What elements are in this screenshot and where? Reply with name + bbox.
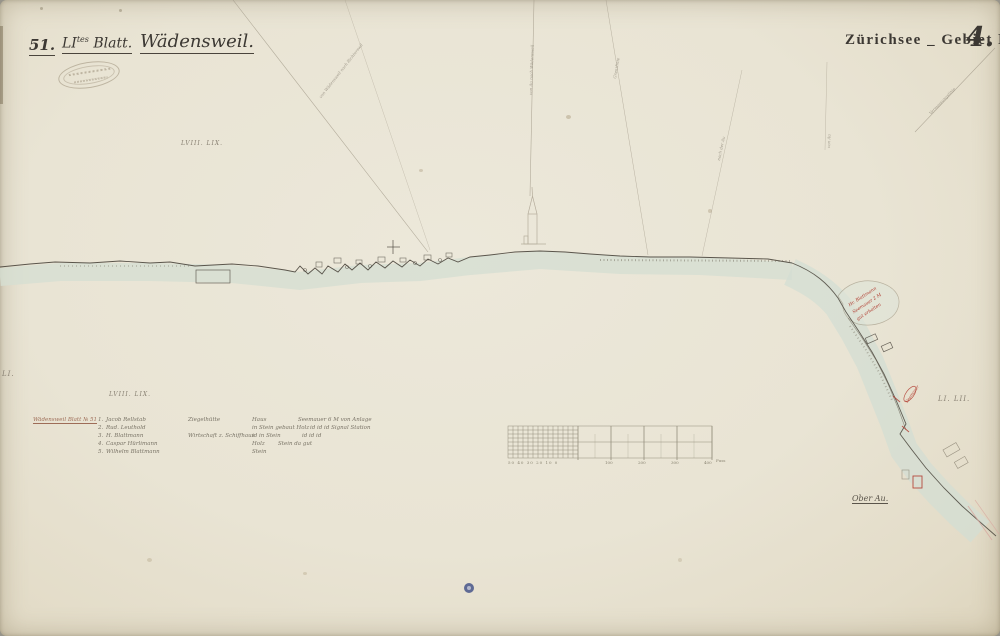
church-sketch (521, 187, 546, 244)
round-stamp (464, 583, 474, 593)
legend-row-name: Wilhelm Blattmann (106, 449, 160, 455)
map-drawing (0, 0, 1000, 636)
legend-row-col3: Stein (252, 449, 267, 455)
legend-row-name: H. Blattmann (106, 433, 143, 439)
legend-row-name: Caspar Hürlimann (106, 441, 158, 447)
sheet-label-blatt: Blatt. (93, 36, 132, 52)
section-label-left-edge: LI. (2, 370, 15, 378)
legend-row-col3: Holz (252, 441, 265, 447)
section-label-bottom-left: LVIII. LIX. (109, 391, 151, 398)
scale-tick-label: 200 (638, 460, 646, 465)
shore-building (316, 262, 322, 267)
sheet-number: 51. (29, 36, 55, 56)
scale-tick-label: 100 (605, 460, 613, 465)
sheet-label: LItes Blatt. (62, 35, 132, 54)
section-label-top: LVIII. LIX. (181, 140, 223, 147)
sheet-label-sup: tes (77, 35, 89, 44)
outlying-building (954, 456, 968, 468)
sheet-label-li: LI (62, 36, 77, 52)
scale-tick-label: 400 (704, 460, 712, 465)
scale-tick-label: 300 (671, 460, 679, 465)
survey-line (606, 0, 648, 255)
legend-row-no: 5. (98, 449, 103, 455)
shore-building (400, 258, 406, 262)
survey-line (233, 0, 428, 252)
legend-row-no: 4. (98, 441, 103, 447)
shore-building (378, 257, 385, 262)
survey-line (530, 0, 534, 196)
legend-row-no: 2. (98, 425, 103, 431)
map-sheet: 51. LItes Blatt. Wädensweil. Zürichsee _… (0, 0, 1000, 636)
scale-sub-ticks: 50 40 30 20 10 0 (508, 460, 558, 465)
region-number: 4. (966, 22, 994, 53)
survey-line (345, 0, 430, 250)
shore-building (446, 253, 452, 257)
legend-row-col3: Haus (252, 417, 266, 423)
shore-building (881, 342, 893, 352)
place-name: Wädensweil. (140, 31, 254, 54)
shore-hatching (600, 260, 790, 261)
survey-line-label: von Au (826, 134, 831, 148)
legend-row-col4: id id id (302, 433, 321, 439)
place-label-ober-au: Ober Au. (852, 494, 888, 504)
legend-row-no: 3. (98, 433, 103, 439)
shore-building (334, 258, 341, 263)
legend-row-no: 1. (98, 417, 103, 423)
legend-title: Wädensweil Blatt № 51 (33, 417, 97, 424)
outlying-building (943, 443, 960, 457)
legend-row-col3: in Stein gebaut Holz (252, 425, 309, 431)
legend-row-col4: Seemauer 6 M von Anlage (298, 417, 372, 423)
scale-unit-label: Fuss (716, 458, 725, 463)
section-label-right: LI. LII. (938, 395, 970, 403)
legend-row-col3: id in Stein (252, 433, 281, 439)
legend-row-col4: Stein da gut (278, 441, 312, 447)
scale-bar (508, 426, 712, 460)
legend-row-name: Rud. Leuthold (106, 425, 146, 431)
legend-row-name: Jacob Rellstab (106, 417, 146, 423)
legend-row-col4: id id id Signal Station (310, 425, 371, 431)
legend-row-col2: Wirtschaft z. Schiffhaus (188, 433, 255, 439)
survey-line (702, 70, 742, 256)
legend-row-col2: Ziegelhütte (188, 417, 220, 423)
